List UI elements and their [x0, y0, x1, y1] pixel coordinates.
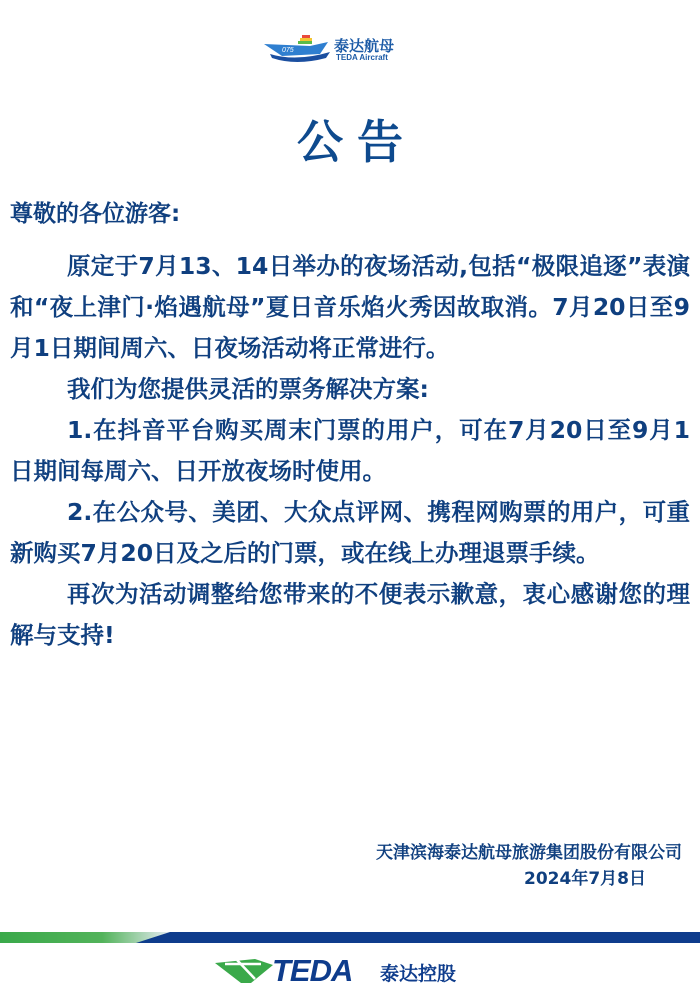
teda-aircraft-logo: 075 泰达航母 TEDA Aircraft	[262, 32, 412, 66]
aircraft-carrier-icon: 075	[262, 32, 332, 66]
brand-chinese: 泰达控股	[380, 959, 456, 986]
footer-green-stripe	[0, 932, 170, 943]
notice-title: 公告	[0, 106, 700, 172]
salutation: 尊敬的各位游客:	[10, 195, 180, 228]
logo-english-name: TEDA Aircraft	[336, 53, 388, 62]
company-name: 天津滨海泰达航母旅游集团股份有限公司	[376, 840, 682, 866]
paragraph-apology: 再次为活动调整给您带来的不便表示歉意，衷心感谢您的理解与支持!	[10, 574, 690, 656]
signature-block: 天津滨海泰达航母旅游集团股份有限公司 2024年7月8日	[376, 840, 682, 892]
brand-english: TEDA	[272, 953, 352, 989]
paragraph-solution-2: 2.在公众号、美团、大众点评网、携程网购票的用户，可重新购买7月20日及之后的门…	[10, 492, 690, 574]
paragraph-ticket-solutions-intro: 我们为您提供灵活的票务解决方案:	[10, 369, 690, 410]
paragraph-solution-1: 1.在抖音平台购买周末门票的用户，可在7月20日至9月1日期间每周六、日开放夜场…	[10, 410, 690, 492]
teda-holdings-logo: TEDA 泰达控股	[215, 955, 485, 987]
paragraph-cancellation: 原定于7月13、14日举办的夜场活动,包括“极限追逐”表演和“夜上津门·焰遇航母…	[10, 246, 690, 369]
svg-text:075: 075	[282, 47, 294, 54]
teda-leaf-icon	[215, 955, 275, 985]
footer-divider-band	[0, 932, 700, 943]
notice-body: 原定于7月13、14日举办的夜场活动,包括“极限追逐”表演和“夜上津门·焰遇航母…	[10, 246, 690, 656]
notice-date: 2024年7月8日	[376, 866, 682, 892]
